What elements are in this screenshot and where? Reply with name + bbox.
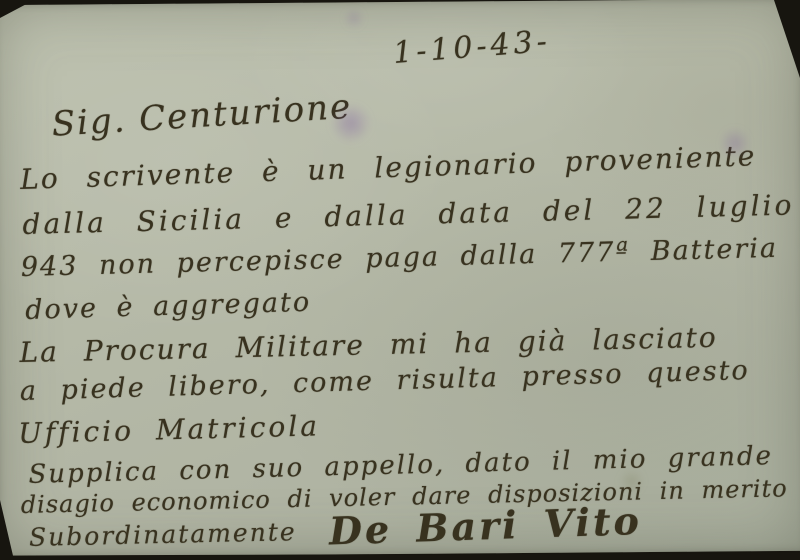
body-line: Lo scrivente è un legionario proveniente xyxy=(20,139,757,196)
signature: De Bari Vito xyxy=(328,498,642,554)
salutation: Sig. Centurione xyxy=(51,87,354,145)
body-line: 943 non percepisce paga dalla 777ª Batte… xyxy=(21,233,779,283)
postcard-paper: 1-10-43- Sig. Centurione Lo scrivente è … xyxy=(0,0,800,557)
body-line: Ufficio Matricola xyxy=(18,409,321,450)
closing-line: Subordinatamente xyxy=(29,517,297,552)
ink-smudge xyxy=(343,8,365,28)
handwritten-date: 1-10-43- xyxy=(392,24,552,71)
scanned-postcard-photo: { "document": { "kind": "handwritten pos… xyxy=(0,0,800,560)
body-line: dove è aggregato xyxy=(25,287,312,326)
body-line: dalla Sicilia e dalla data del 22 luglio xyxy=(22,188,795,241)
